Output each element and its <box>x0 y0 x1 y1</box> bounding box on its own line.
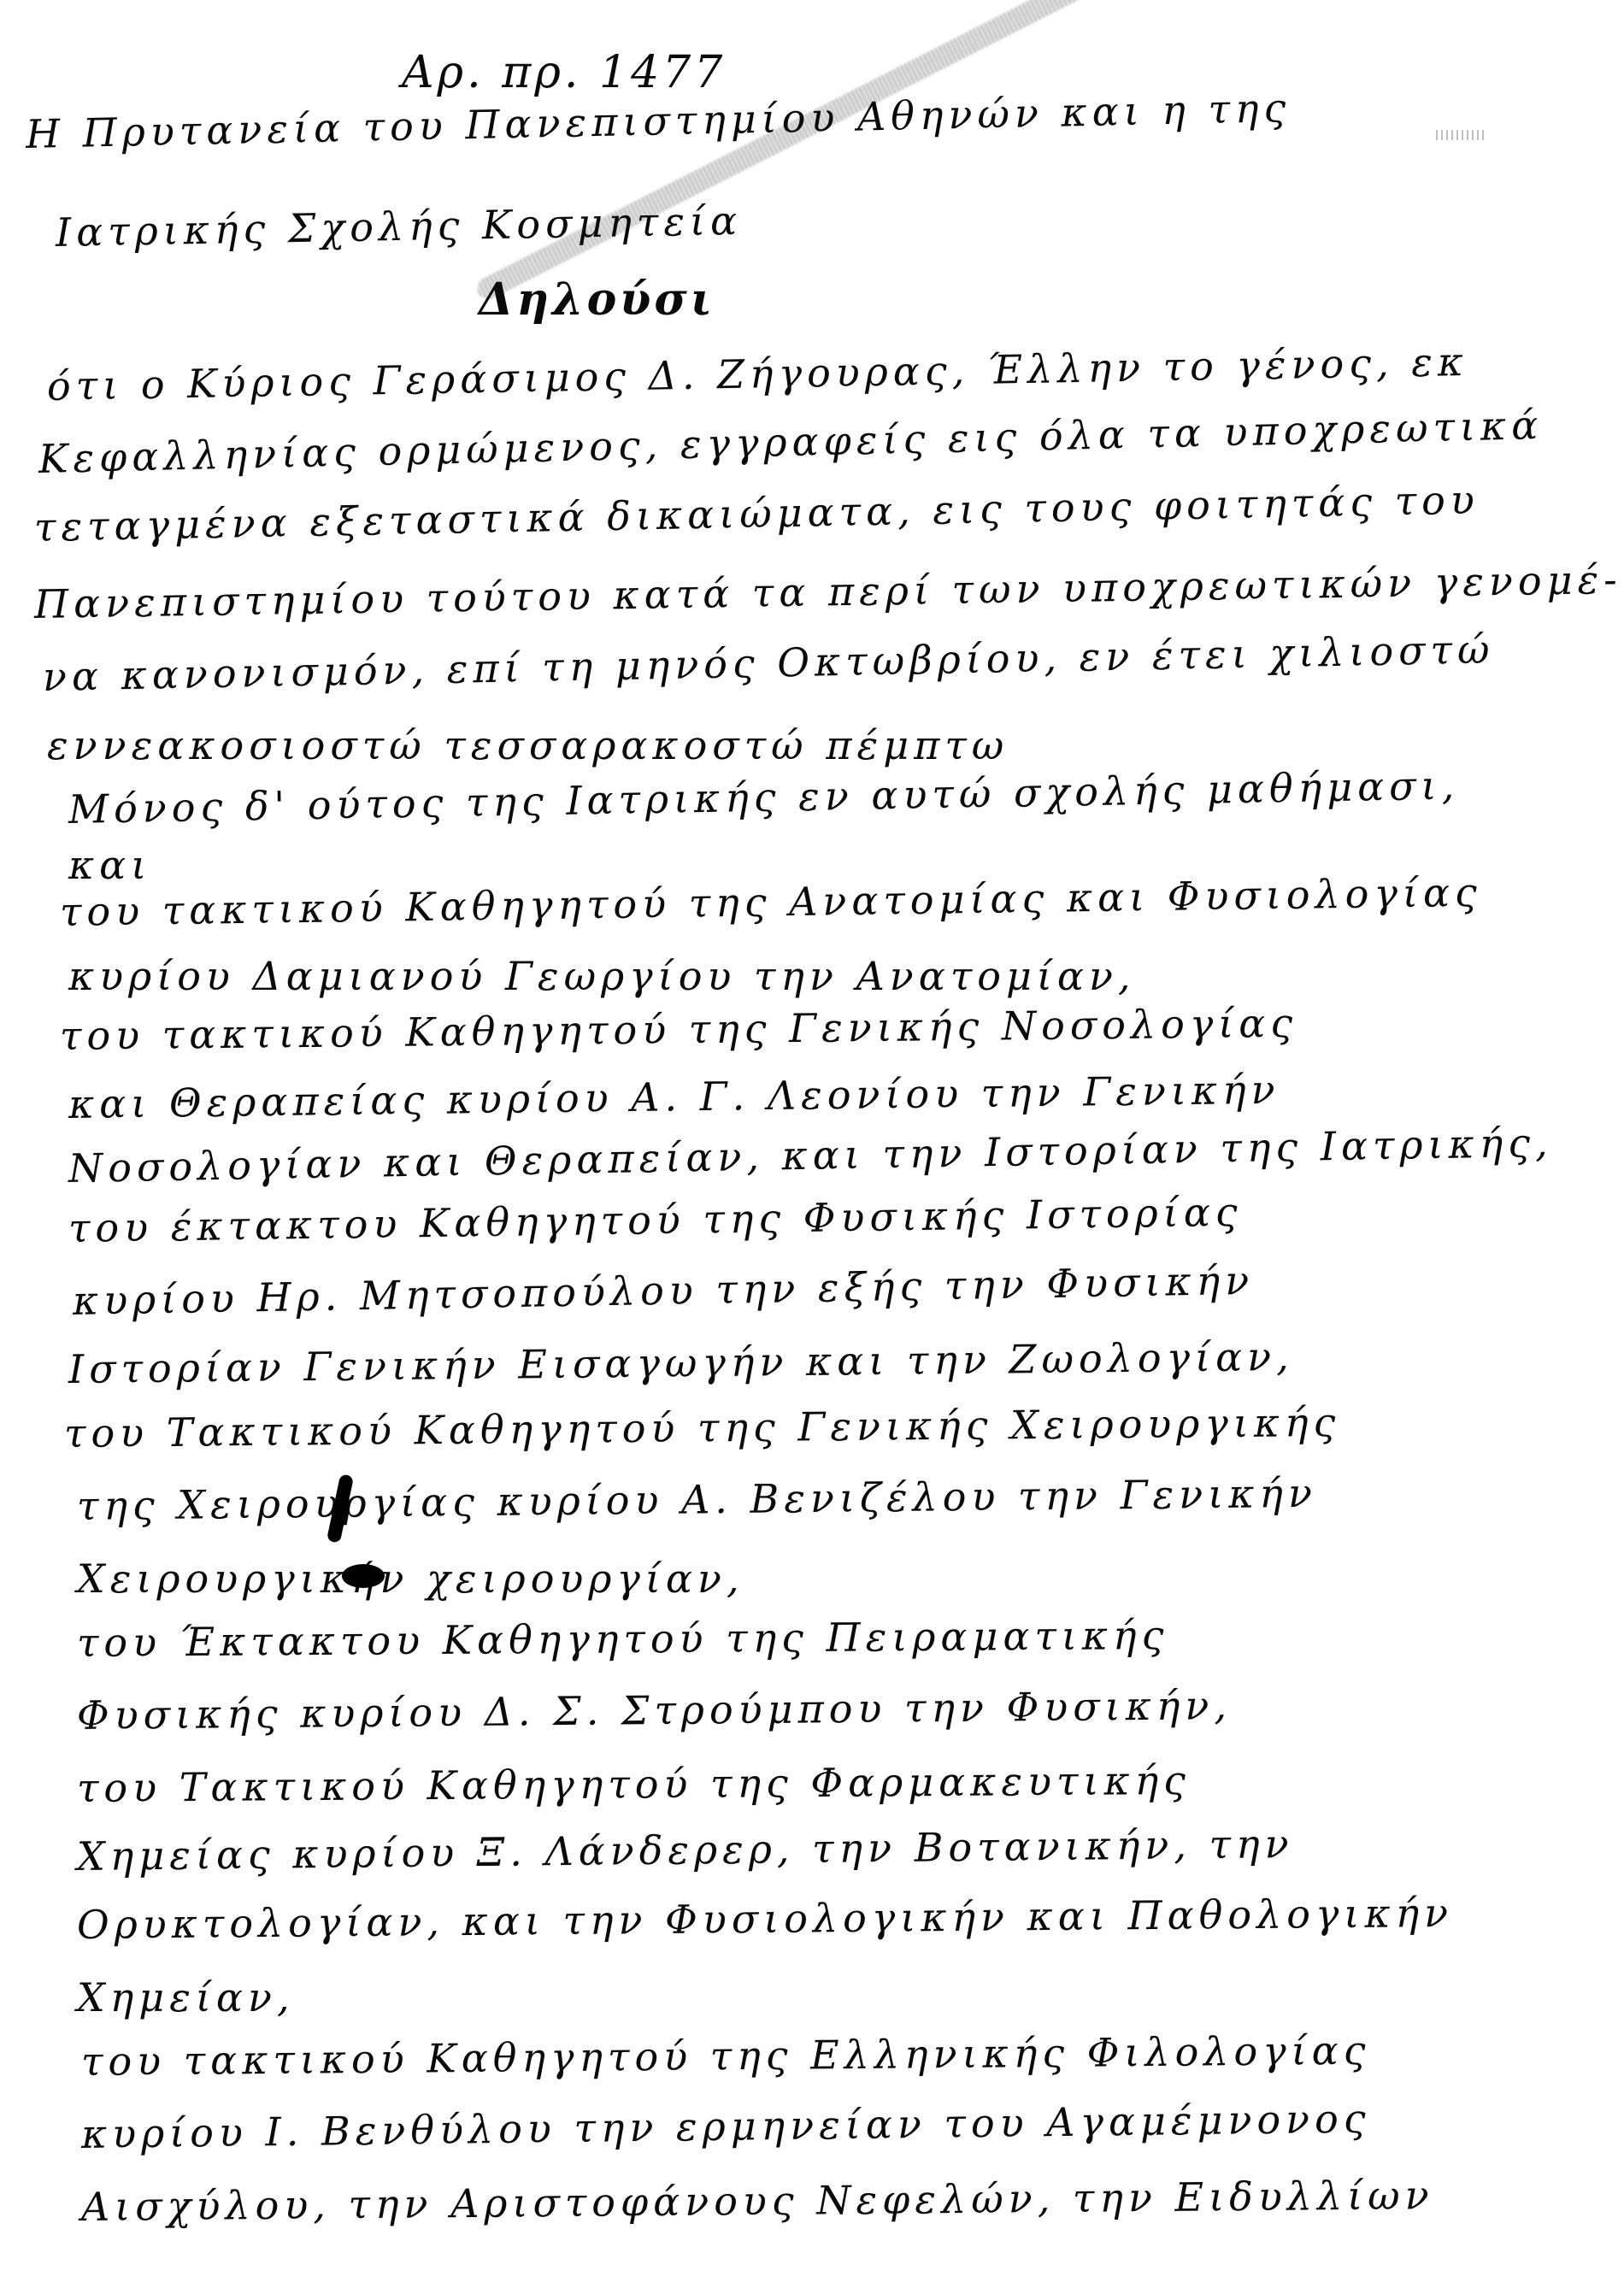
body-line-11: του τακτικού Καθηγητού της Γενικής Νοσολ… <box>60 1000 1298 1059</box>
body-line-13: Νοσολογίαν και Θεραπείαν, και την Ιστορί… <box>68 1120 1554 1191</box>
body-line-16: Ιστορίαν Γενικήν Εισαγωγήν και την Ζωολο… <box>68 1333 1294 1392</box>
body-line-8: και <box>68 842 151 888</box>
body-line-18: της Χειρουργίας κυρίου Α. Βενιζέλου την … <box>77 1470 1317 1529</box>
body-line-15: κυρίου Ηρ. Μητσοπούλου την εξής την Φυσι… <box>73 1257 1255 1324</box>
body-line-6: εννεακοσιοστώ τεσσαρακοστώ πέμπτω <box>47 722 1009 768</box>
body-line-17: του Τακτικού Καθηγητού της Γενικής Χειρο… <box>64 1399 1341 1456</box>
header-faculty-line: Ιατρικής Σχολής Κοσμητεία <box>56 197 743 256</box>
body-line-1: ότι ο Κύριος Γεράσιμος Δ. Ζήγουρας, Έλλη… <box>47 338 1469 409</box>
body-line-3: τεταγμένα εξεταστικά δικαιώματα, εις του… <box>33 477 1480 550</box>
body-line-24: Ορυκτολογίαν, και την Φυσιολογικήν και Π… <box>77 1890 1454 1948</box>
body-line-27: κυρίου Ι. Βενθύλου την ερμηνείαν του Αγα… <box>81 2096 1371 2157</box>
body-line-14: του έκτακτου Καθηγητού της Φυσικής Ιστορ… <box>68 1189 1243 1251</box>
body-line-19: Χειρουργικήν χειρουργίαν, <box>77 1556 744 1602</box>
body-line-4: Πανεπιστημίου τούτου κατά τα περί των υπ… <box>34 556 1623 627</box>
body-line-22: του Τακτικού Καθηγητού της Φαρμακευτικής <box>77 1757 1191 1811</box>
body-line-2: Κεφαλληνίας ορμώμενος, εγγραφείς εις όλα… <box>38 402 1543 482</box>
scan-streak-artifact <box>474 0 1283 303</box>
body-line-21: Φυσικής κυρίου Δ. Σ. Στρούμπου την Φυσικ… <box>77 1682 1232 1738</box>
body-line-28: Αισχύλου, την Αριστοφάνους Νεφελών, την … <box>81 2172 1434 2230</box>
body-line-12: και Θεραπείας κυρίου Α. Γ. Λεονίου την Γ… <box>68 1067 1280 1127</box>
ink-blot-spot <box>342 1564 385 1588</box>
body-line-10: κυρίου Δαμιανού Γεωργίου την Ανατομίαν, <box>68 953 1136 999</box>
scanned-document-page: Αρ. πρ. 1477 Η Πρυτανεία του Πανεπιστημί… <box>0 0 1624 2288</box>
protocol-number: Αρ. πρ. 1477 <box>402 47 726 98</box>
body-line-5: να κανονισμόν, επί τη μηνός Οκτωβρίου, ε… <box>42 626 1494 700</box>
body-line-7: Μόνος δ' ούτος της Ιατρικής εν αυτώ σχολ… <box>68 762 1460 832</box>
header-declares: Δηλούσι <box>479 274 715 326</box>
body-line-26: του τακτικού Καθηγητού της Ελληνικής Φιλ… <box>81 2027 1371 2085</box>
body-line-9: του τακτικού Καθηγητού της Ανατομίας και… <box>60 869 1482 935</box>
body-line-25: Χημείαν, <box>77 1974 295 2020</box>
body-line-23: Χημείας κυρίου Ξ. Λάνδερερ, την Βοτανική… <box>77 1820 1294 1879</box>
body-line-20: του Έκτακτου Καθηγητού της Πειραματικής <box>77 1612 1169 1666</box>
scan-speck-artifact <box>1436 130 1487 140</box>
